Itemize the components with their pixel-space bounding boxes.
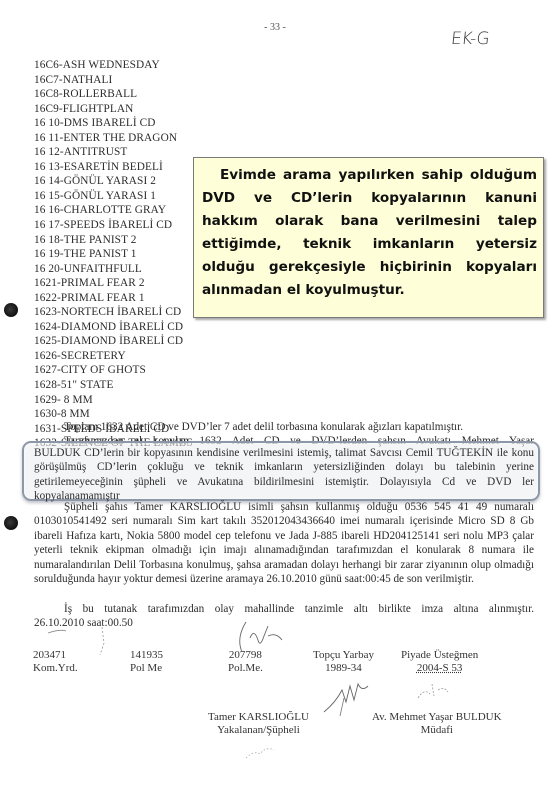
list-item: 1623-NORTECH İBARELİ CD xyxy=(34,305,193,320)
signature-rank: Topçu Yarbay xyxy=(313,649,374,662)
list-item: 16C9-FLIGHTPLAN xyxy=(34,102,193,117)
list-item: 16 19-THE PANIST 1 xyxy=(34,247,193,262)
list-item: 1624-DIAMOND İBARELİ CD xyxy=(34,320,193,335)
signature-id: 141935 xyxy=(130,649,163,662)
paragraph-seized-highlighted: BULDUK CD’lerin bir kopyasının kendisine… xyxy=(34,446,534,504)
list-item: 1622-PRIMAL FEAR 1 xyxy=(34,291,193,306)
list-item: 16 17-SPEEDS İBARELİ CD xyxy=(34,218,193,233)
paragraph-total: Toplam 1632 Adet CD ve DVD’ler 7 adet de… xyxy=(34,420,534,434)
list-item: 16C7-NATHALI xyxy=(34,73,193,88)
signature-block: Piyade Üsteğmen 2004-S 53 xyxy=(401,649,478,675)
suspect-role: Yakalanan/Şüpheli xyxy=(208,724,309,737)
lawyer-role: Müdafi xyxy=(372,724,502,737)
signature-block: 203471 Kom.Yrd. xyxy=(33,649,78,675)
signature-id: 1989-34 xyxy=(313,662,374,675)
list-item: 16 20-UNFAITHFULL xyxy=(34,262,193,277)
signature-rank: Kom.Yrd. xyxy=(33,662,78,675)
list-item: 1625-DIAMOND İBARELİ CD xyxy=(34,334,193,349)
seized-media-list: 16C6-ASH WEDNESDAY16C7-NATHALI16C8-ROLLE… xyxy=(34,58,193,451)
hole-punch-icon xyxy=(4,303,18,317)
list-item: 1628-51" STATE xyxy=(34,378,193,393)
signature-block: Topçu Yarbay 1989-34 xyxy=(313,649,374,675)
closing-datetime: 26.10.2010 saat:00.50 xyxy=(34,616,534,630)
list-item: 1629- 8 MM xyxy=(34,393,193,408)
closing-statement: İş bu tutanak tarafımızdan olay mahallin… xyxy=(34,602,534,616)
lawyer-signature-block: Av. Mehmet Yaşar BULDUK Müdafi xyxy=(372,711,502,737)
suspect-name: Tamer KARSLIOĞLU xyxy=(208,711,309,724)
list-item: 16C6-ASH WEDNESDAY xyxy=(34,58,193,73)
signature-id: 203471 xyxy=(33,649,78,662)
signature-rank: Pol Me xyxy=(130,662,163,675)
list-item: 1621-PRIMAL FEAR 2 xyxy=(34,276,193,291)
list-item: 16 12-ANTITRUST xyxy=(34,145,193,160)
list-item: 16 14-GÖNÜL YARASI 2 xyxy=(34,174,193,189)
signature-block: 207798 Pol.Me. xyxy=(228,649,263,675)
list-item: 16 11-ENTER THE DRAGON xyxy=(34,131,193,146)
hole-punch-icon xyxy=(4,516,18,530)
list-item: 16 16-CHARLOTTE GRAY xyxy=(34,203,193,218)
handwritten-signature-icon xyxy=(240,740,290,765)
paragraph-suspect-devices: Şüpheli şahıs Tamer KARSLIOĞLU isimli şa… xyxy=(34,500,534,586)
signature-id: 207798 xyxy=(228,649,263,662)
officer-signatures: 203471 Kom.Yrd. 141935 Pol Me 207798 Pol… xyxy=(0,649,550,689)
list-item: 1627-CITY OF GHOTS xyxy=(34,363,193,378)
list-item: 16 18-THE PANIST 2 xyxy=(34,233,193,248)
list-item: 16C8-ROLLERBALL xyxy=(34,87,193,102)
paragraph-closing: İş bu tutanak tarafımızdan olay mahallin… xyxy=(34,602,534,631)
signature-rank: Piyade Üsteğmen xyxy=(401,649,478,662)
list-item: 16 10-DMS IBARELİ CD xyxy=(34,116,193,131)
suspect-signature-block: Tamer KARSLIOĞLU Yakalanan/Şüpheli xyxy=(208,711,309,737)
signature-id: 2004-S 53 xyxy=(401,662,478,675)
signature-block: 141935 Pol Me xyxy=(130,649,163,675)
list-item: 16 15-GÖNÜL YARASI 1 xyxy=(34,189,193,204)
callout-statement-box: Evimde arama yapılırken sahip olduğum DV… xyxy=(193,157,544,318)
signature-rank: Pol.Me. xyxy=(228,662,263,675)
list-item: 16 13-ESARETİN BEDELİ xyxy=(34,160,193,175)
annex-handwritten-mark: EK-G xyxy=(450,29,490,49)
lawyer-name: Av. Mehmet Yaşar BULDUK xyxy=(372,711,502,724)
list-item: 1626-SECRETERY xyxy=(34,349,193,364)
